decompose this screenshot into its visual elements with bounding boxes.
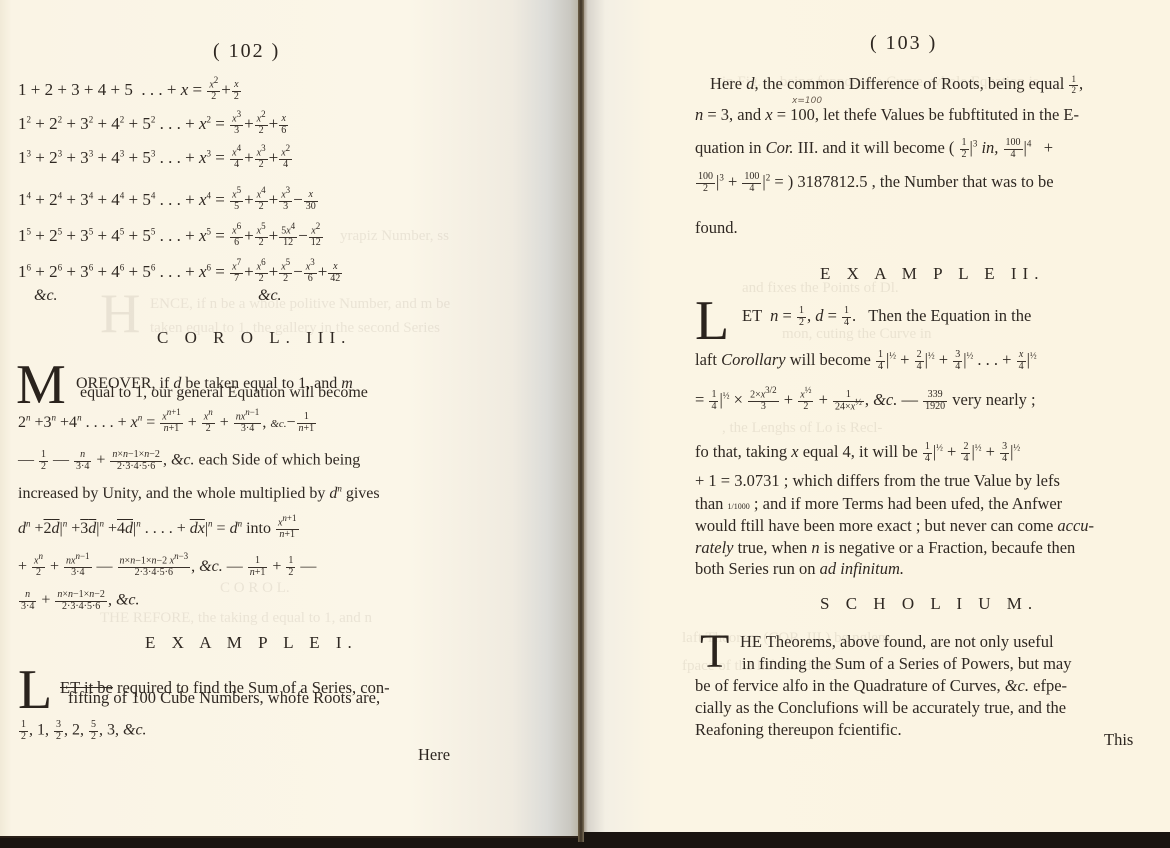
corol-equation-3: dn +2d|n +3d|n +4d|n . . . . + dx|n = dn… [18,518,300,540]
scholium-line-5: Reafoning thereupon fcientific. [695,714,902,745]
para1-line-2: n = 3, and x = 100, let thefe Values be … [695,99,1079,130]
book-spine [578,0,584,842]
corol-line-3: increased by Unity, and the whole multip… [18,486,380,502]
power-sum-row-6: 16 + 26 + 36 + 46 + 56 . . . + x6 = x77+… [18,262,343,284]
scholium-heading: S C H O L I U M. [820,594,1038,614]
example2-dropcap: L [695,293,729,349]
para1-line-5: found. [695,212,738,243]
example2-line-3: = 14|½ × 2×x3/23 + x½2 + 124×x½, &c. — 3… [695,384,1036,415]
corol-dropcap: M [16,357,66,413]
corol-equation-1: 2n +3n +4n . . . . + xn = xn+1n+1 + xn2 … [18,412,317,434]
corol-equation-4: + xn2 + nxn−13·4 — n×n−1×n−2 xn−32·3·4·5… [18,556,316,578]
example2-heading: E X A M P L E II. [820,264,1044,284]
catchword-left: Here [418,745,450,765]
etc-right: &c. [258,288,282,304]
page-number-right: ( 103 ) [870,32,937,55]
page-number-left: ( 102 ) [213,40,280,63]
power-sum-row-5: 15 + 25 + 35 + 45 + 55 . . . + x5 = x66+… [18,226,324,248]
example1-line-2: fifting of 100 Cube Numbers, whofe Roots… [68,682,380,713]
example1-heading: E X A M P L E I. [145,633,358,653]
example2-line-1: ET n = 12, d = 14. Then the Equation in … [742,300,1031,331]
left-page: yrapiz Number, ss H ENCE, if n be a whol… [0,0,582,838]
corol-equation-2: — 12 — n3·4 + n×n−1×n−22·3·4·5·6, &c. ea… [18,450,360,472]
corol-equation-5: n3·4 + n×n−1×n−22·3·4·5·6, &c. [18,590,139,612]
power-sum-row-2: 12 + 22 + 32 + 42 + 52 . . . + x2 = x33+… [18,114,289,136]
example2-line-9: both Series run on ad infinitum. [695,553,904,584]
scholium-dropcap: T [700,628,729,676]
corol-heading: C O R O L. III. [157,328,351,348]
catchword-right: This [1104,730,1133,750]
para1-line-1: Here d, the common Difference of Roots, … [710,68,1083,99]
para1-line-3: quation in Cor. III. and it will become … [695,132,1053,163]
example1-roots: 12, 1, 32, 2, 52, 3, &c. [18,720,147,742]
power-sum-row-1: 1 + 2 + 3 + 4 + 5 . . . + x = x22+x2 [18,80,242,102]
right-page: in Fig. 1. being fupposed a Curve, whole… [582,0,1170,832]
result-value: 3187812.5 [797,172,867,191]
corol-line-2: equal to 1, our general Equation will be… [80,377,368,408]
power-sum-row-4: 14 + 24 + 34 + 44 + 54 . . . + x4 = x55+… [18,190,319,212]
para1-line-4: 1002|3 + 1004|2 = ) 3187812.5 , the Numb… [695,166,1054,197]
example1-dropcap: L [18,662,52,718]
power-sum-row-3: 13 + 23 + 33 + 43 + 53 . . . + x3 = x44+… [18,148,293,170]
example2-line-2: laft Corollary will become 14|½ + 24|½ +… [695,344,1037,375]
etc-left: &c. [34,288,58,304]
example2-line-4: fo that, taking x equal 4, it will be 14… [695,436,1020,467]
